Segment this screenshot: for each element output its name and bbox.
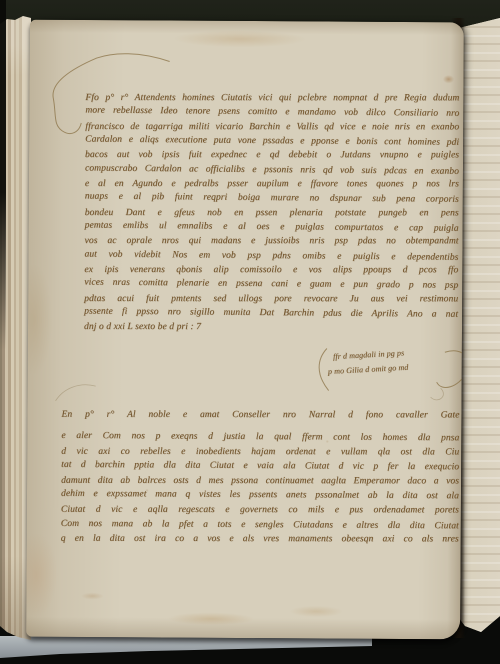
text-line: pssente fi ppsso nro sigillo munita Dat …: [84, 305, 458, 321]
text-line: Ffo p° r° Attendents homines Ciutatis vi…: [85, 92, 459, 105]
text-line: bacos aut vob ipsis fuit expednec e qd d…: [85, 149, 459, 162]
text-line: e aler Com nos p exeqns d justia la qual…: [61, 430, 459, 445]
text-line: pemtas emlibs ul emnalibs e al oes e pui…: [85, 219, 459, 235]
text-line: bondeu Dant e gfeus nob en pssen plenari…: [85, 207, 459, 220]
registration-note: ffr d magdali in pg ps p mo Gilia d omit…: [30, 20, 464, 23]
date-line: dnj o d xxi L sexto be d pri : 7: [84, 321, 458, 334]
text-line: Cardalon e aliqs executione puta vone ps…: [85, 134, 459, 150]
text-line: aut vob videbit Nos em vob psp pdns omib…: [84, 248, 458, 264]
text-line: pdtas acui fuit pmtents sed ullogs pore …: [84, 293, 458, 306]
text-line: ex ipis venerans qbonis alip comissoilo …: [84, 264, 458, 277]
text-line: dehim e expssamet mana q vistes les psse…: [61, 488, 459, 503]
text-line: e al en Agundo e pedralbs psser aupilum …: [85, 178, 459, 191]
text-line: d vic axi co rebelles e inobedients haja…: [61, 445, 459, 459]
text-line: compuscrabo Cardalon ac officialibs e ps…: [85, 162, 459, 178]
entry2-paraph-stroke: [56, 385, 96, 401]
manuscript-page: Ffo p° r° Attendents homines Ciutatis vi…: [26, 20, 464, 640]
text-line: damunt dita ab balrces osts d mes pssona…: [61, 475, 459, 489]
text-line: more rebellasse Ideo tenore psens comitt…: [85, 105, 459, 121]
text-line: vices nras comitta plenarie en pssena ca…: [84, 277, 458, 293]
gutter-shadow: [0, 0, 6, 350]
text-line: Ciutat d vic e aqlla regescats e governe…: [61, 504, 459, 518]
text-line: vos ac oprale nros qui madans e jussioib…: [85, 235, 459, 248]
text-line: ffrancisco de tagarriga militi vicario B…: [85, 121, 459, 134]
letter-entry-2: En p° r° Al noble e amat Conseller nro N…: [30, 20, 464, 23]
text-line: Com nos mana ab la pfet a tots e sengles…: [61, 517, 459, 532]
text-line: En p° r° Al noble e amat Conseller nro N…: [61, 409, 459, 423]
text-line: q en la dita ost ira co a vos e als vres…: [61, 533, 459, 547]
note-right-tail: [431, 388, 444, 400]
photograph-background: { "manuscript": { "paragraph1": { "lines…: [0, 0, 500, 664]
text-line: nuaps e al pib fuint reqpri boiga murare…: [85, 191, 459, 207]
text-line: tat d barchin pptia dla dita Ciutat e va…: [61, 459, 459, 474]
support-surface: [0, 636, 372, 658]
facing-page-fore-edge: [459, 18, 500, 638]
letter-entry-1: Ffo p° r° Attendents homines Ciutatis vi…: [30, 20, 464, 23]
